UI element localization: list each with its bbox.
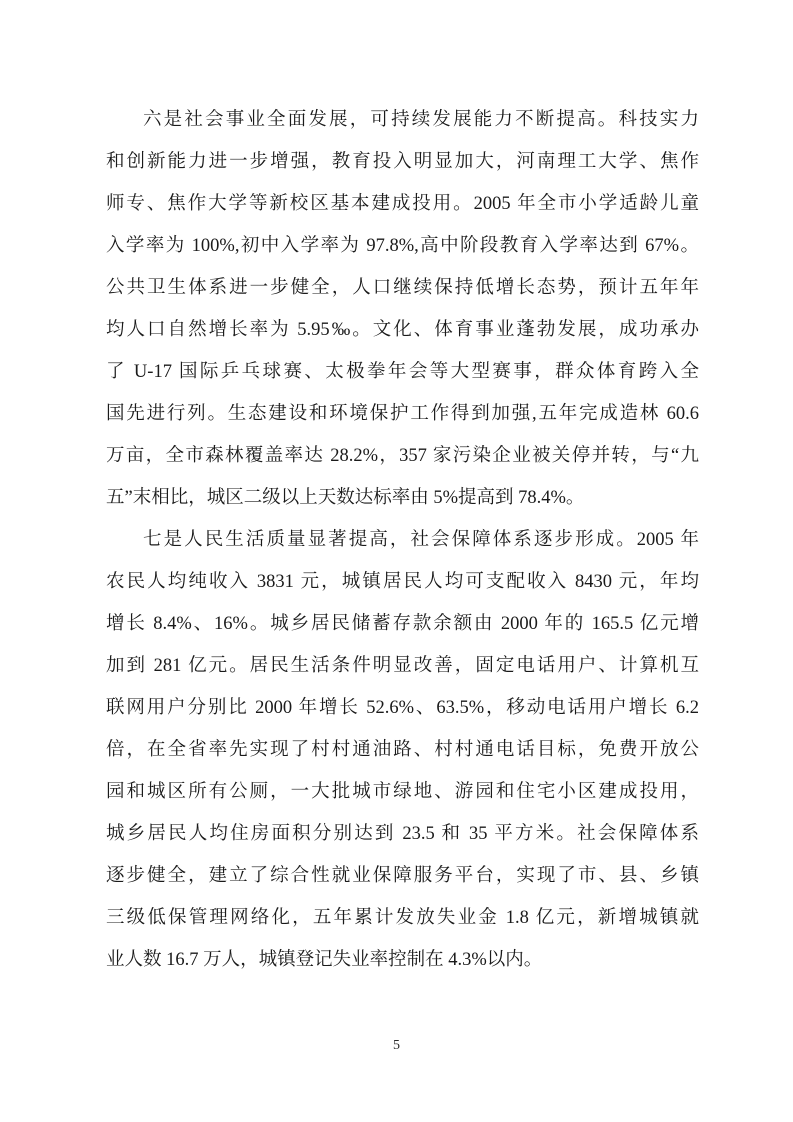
document-body: 六是社会事业全面发展，可持续发展能力不断提高。科技实力和创新能力进一步增强，教育… <box>106 99 699 981</box>
text-line: 倍，在全省率先实现了村村通油路、村村通电话目标，免费开放公 <box>106 729 699 771</box>
text-line: 农民人均纯收入 3831 元，城镇居民人均可支配收入 8430 元，年均 <box>106 561 699 603</box>
text-line: 了 U-17 国际乒乓球赛、太极拳年会等大型赛事，群众体育跨入全 <box>106 351 699 393</box>
text-line: 联网用户分别比 2000 年增长 52.6%、63.5%，移动电话用户增长 6.… <box>106 687 699 729</box>
text-line: 园和城区所有公厕，一大批城市绿地、游园和住宅小区建成投用， <box>106 771 699 813</box>
text-line: 入学率为 100%,初中入学率为 97.8%,高中阶段教育入学率达到 67%。 <box>106 225 699 267</box>
paragraph: 六是社会事业全面发展，可持续发展能力不断提高。科技实力和创新能力进一步增强，教育… <box>106 99 699 519</box>
text-line: 公共卫生体系进一步健全，人口继续保持低增长态势，预计五年年 <box>106 267 699 309</box>
text-line: 均人口自然增长率为 5.95‰。文化、体育事业蓬勃发展，成功承办 <box>106 309 699 351</box>
text-line: 七是人民生活质量显著提高，社会保障体系逐步形成。2005 年 <box>106 519 699 561</box>
paragraph: 七是人民生活质量显著提高，社会保障体系逐步形成。2005 年农民人均纯收入 38… <box>106 519 699 981</box>
text-line: 城乡居民人均住房面积分别达到 23.5 和 35 平方米。社会保障体系 <box>106 813 699 855</box>
text-line: 万亩，全市森林覆盖率达 28.2%，357 家污染企业被关停并转，与“九 <box>106 435 699 477</box>
text-line: 国先进行列。生态建设和环境保护工作得到加强,五年完成造林 60.6 <box>106 393 699 435</box>
text-line: 六是社会事业全面发展，可持续发展能力不断提高。科技实力 <box>106 99 699 141</box>
text-line: 三级低保管理网络化，五年累计发放失业金 1.8 亿元，新增城镇就 <box>106 897 699 939</box>
text-line: 和创新能力进一步增强，教育投入明显加大，河南理工大学、焦作 <box>106 141 699 183</box>
text-line: 加到 281 亿元。居民生活条件明显改善，固定电话用户、计算机互 <box>106 645 699 687</box>
text-line: 师专、焦作大学等新校区基本建成投用。2005 年全市小学适龄儿童 <box>106 183 699 225</box>
page-number: 5 <box>0 1036 793 1056</box>
text-line: 逐步健全，建立了综合性就业保障服务平台，实现了市、县、乡镇 <box>106 855 699 897</box>
text-line: 业人数 16.7 万人，城镇登记失业率控制在 4.3%以内。 <box>106 939 699 981</box>
text-line: 增长 8.4%、16%。城乡居民储蓄存款余额由 2000 年的 165.5 亿元… <box>106 603 699 645</box>
text-line: 五”末相比，城区二级以上天数达标率由 5%提高到 78.4%。 <box>106 477 699 519</box>
document-page: 六是社会事业全面发展，可持续发展能力不断提高。科技实力和创新能力进一步增强，教育… <box>0 0 793 1122</box>
